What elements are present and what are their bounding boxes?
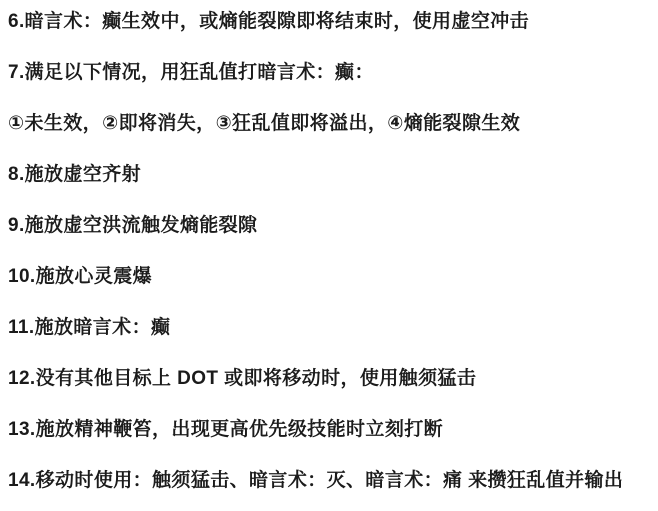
rotation-step-8: 8.施放虚空齐射 [8, 165, 650, 184]
rotation-step-11: 11.施放暗言术：癫 [8, 318, 650, 337]
rotation-step-13: 13.施放精神鞭笞，出现更高优先级技能时立刻打断 [8, 420, 650, 439]
rotation-step-9: 9.施放虚空洪流触发熵能裂隙 [8, 216, 650, 235]
rotation-step-7: 7.满足以下情况，用狂乱值打暗言术：癫： [8, 63, 650, 82]
rotation-guide-document: 6.暗言术：癫生效中，或熵能裂隙即将结束时，使用虚空冲击 7.满足以下情况，用狂… [0, 0, 658, 511]
condition-list: ①未生效，②即将消失，③狂乱值即将溢出，④熵能裂隙生效 [8, 114, 650, 133]
rotation-step-14: 14.移动时使用：触须猛击、暗言术：灭、暗言术：痛 来攒狂乱值并输出 [8, 471, 650, 490]
rotation-step-6: 6.暗言术：癫生效中，或熵能裂隙即将结束时，使用虚空冲击 [8, 12, 650, 31]
rotation-step-10: 10.施放心灵震爆 [8, 267, 650, 286]
rotation-step-12: 12.没有其他目标上 DOT 或即将移动时，使用触须猛击 [8, 369, 650, 388]
